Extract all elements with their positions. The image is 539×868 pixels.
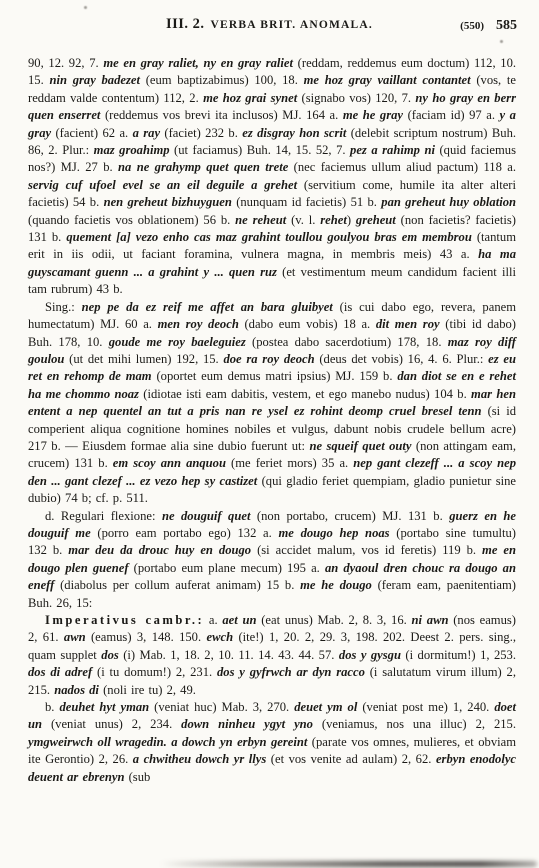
text-run: (faciam id) 97 a. xyxy=(403,108,500,122)
text-run: (postea dabo sacerdotium) 178, 18. xyxy=(246,335,448,349)
text-run: (reddemus vos brevi ita inclusos) MJ. 16… xyxy=(100,108,342,122)
scan-artifact-speck xyxy=(84,6,87,9)
cited-phrase: em scoy ann anquou xyxy=(113,456,226,470)
cited-phrase: deuet ym ol xyxy=(294,700,357,714)
text-run: (si accidet malum, vos id feretis) 119 b… xyxy=(251,543,482,557)
text-run: (veniamus, nos una illuc) 2, 215. xyxy=(313,717,516,731)
text-run: (v. l. xyxy=(286,213,320,227)
cited-phrase: rehet xyxy=(320,213,347,227)
text-run: (eat unus) Mab. 2, 8. 3, 16. xyxy=(257,613,412,627)
cited-phrase: na ne grahymp quet quen trete xyxy=(118,160,288,174)
cited-phrase: a ray xyxy=(133,126,160,140)
cited-phrase: dit men roy xyxy=(376,317,440,331)
cited-phrase: me dougo hep noas xyxy=(279,526,390,540)
text-run: a. xyxy=(204,613,222,627)
cited-phrase: greheut xyxy=(356,213,396,227)
text-run: (eum baptizabimus) 100, 18. xyxy=(140,73,304,87)
text-run: (portabo eum plane mecum) 195 a. xyxy=(129,561,325,575)
paragraph: Sing.: nep pe da ez reif me affet an bar… xyxy=(28,299,516,508)
cited-phrase: me hoz gray vaillant contantet xyxy=(304,73,471,87)
cited-phrase: nep pe da ez reif me affet an bara gluib… xyxy=(82,300,333,314)
text-run: (faciet) 232 b. xyxy=(160,126,242,140)
cited-phrase: ewch xyxy=(207,630,234,644)
cited-phrase: pez a rahimp ni xyxy=(350,143,435,157)
text-run: (porro eam portabo ego) 132 a. xyxy=(91,526,279,540)
scanned-book-page: III. 2.VERBA BRIT. ANOMALA. (550)585 90,… xyxy=(0,0,539,868)
cited-phrase: dos y gysgu xyxy=(339,648,401,662)
text-run: (et vos venite ad aulam) 2, 62. xyxy=(266,752,436,766)
cited-phrase: aet un xyxy=(222,613,256,627)
page-number: 585 xyxy=(496,18,517,33)
text-run: (ut det mihi lumen) 192, 15. xyxy=(64,352,223,366)
column-number: (550) xyxy=(460,20,484,32)
cited-phrase: ymgweirwch oll wragedin. a dowch yn erby… xyxy=(28,735,307,749)
text-run: 90, 12. 92, 7. xyxy=(28,56,103,70)
text-run: (diabolus per collum auferat animam) 15 … xyxy=(54,578,300,592)
cited-phrase: pan greheut huy oblation xyxy=(381,195,516,209)
cited-phrase: ez disgray hon scrit xyxy=(242,126,346,140)
cited-phrase: doe ra roy deoch xyxy=(223,352,314,366)
text-run: (me feriet mors) 35 a. xyxy=(226,456,353,470)
text-run: b. xyxy=(45,700,59,714)
text-run: (idiotae isti eam dabitis, vestem, et eg… xyxy=(139,387,471,401)
cited-phrase: servig cuf ufoel evel se an eil deguile … xyxy=(28,178,297,192)
paragraph: d. Regulari flexione: ne douguif quet (n… xyxy=(28,508,516,612)
cited-phrase: mar deu da drouc huy en dougo xyxy=(68,543,251,557)
text-run: (ut faciamus) Buh. 14, 15. 52, 7. xyxy=(170,143,351,157)
cited-phrase: nados di xyxy=(54,683,99,697)
text-run: (i) Mab. 1, 18. 2, 10. 11. 14. 43. 44. 5… xyxy=(119,648,339,662)
paragraph: 90, 12. 92, 7. me en gray raliet, ny en … xyxy=(28,55,516,299)
cited-phrase: quement [a] vezo enho cas maz grahint to… xyxy=(66,230,472,244)
text-run: (signabo vos) 120, 7. xyxy=(297,91,415,105)
cited-phrase: a chwitheu dowch yr llys xyxy=(133,752,267,766)
section-title: VERBA BRIT. ANOMALA. xyxy=(211,19,373,31)
page-header: III. 2.VERBA BRIT. ANOMALA. (550)585 xyxy=(0,0,539,41)
text-run: (nunquam id facietis) 51 b. xyxy=(232,195,381,209)
text-run: (veniat post me) 1, 240. xyxy=(357,700,494,714)
cited-phrase: dos y gyfrwch ar dyn racco xyxy=(217,665,365,679)
cited-phrase: ne squeif quet outy xyxy=(309,439,411,453)
cited-phrase: me hoz grai synet xyxy=(203,91,297,105)
text-run: (i dormitum!) 1, 253. xyxy=(401,648,516,662)
cited-phrase: ni awn xyxy=(412,613,449,627)
text-run: (dabo eum vobis) 18 a. xyxy=(239,317,376,331)
text-run: (sub xyxy=(124,770,150,784)
cited-phrase: me he dougo xyxy=(300,578,372,592)
text-run: Sing.: xyxy=(45,300,82,314)
cited-phrase: goude me roy baeleguiez xyxy=(109,335,246,349)
text-block: 90, 12. 92, 7. me en gray raliet, ny en … xyxy=(0,41,539,786)
page-reference: (550)585 xyxy=(460,16,517,34)
text-run: (veniat unus) 2, 234. xyxy=(42,717,181,731)
paragraph: b. deuhet hyt yman (veniat huc) Mab. 3, … xyxy=(28,699,516,786)
chapter-number: III. 2. xyxy=(166,16,205,32)
text-run: (veniat huc) Mab. 3, 270. xyxy=(149,700,294,714)
cited-phrase: maz groahimp xyxy=(94,143,170,157)
cited-phrase: awn xyxy=(64,630,86,644)
text-run: (oportet eum demus matri ipsius) MJ. 159… xyxy=(152,369,398,383)
cited-phrase: men roy deoch xyxy=(158,317,239,331)
text-run: (nec faciemus ullum aliud pactum) 118 a. xyxy=(288,160,516,174)
cited-phrase: me he gray xyxy=(343,108,403,122)
spaced-heading: Imperativus cambr.: xyxy=(45,613,204,627)
running-title: III. 2.VERBA BRIT. ANOMALA. xyxy=(0,15,539,33)
scan-artifact-smudge xyxy=(160,861,537,867)
text-run: (deus det vobis) 16, 4. 6. Plur.: xyxy=(315,352,489,366)
paragraph: Imperativus cambr.: a. aet un (eat unus)… xyxy=(28,612,516,699)
text-run: (eamus) 3, 148. 150. xyxy=(86,630,207,644)
cited-phrase: nin gray badezet xyxy=(49,73,140,87)
text-run: (non portabo, crucem) MJ. 131 b. xyxy=(250,509,449,523)
cited-phrase: me en gray raliet, ny en gray raliet xyxy=(103,56,293,70)
text-run: (noli ire tu) 2, 49. xyxy=(99,683,196,697)
text-run: (facient) 62 a. xyxy=(51,126,132,140)
cited-phrase: ne reheut xyxy=(235,213,286,227)
scan-artifact-speck xyxy=(500,40,503,43)
text-run: (quando facietis vos oblationem) 56 b. xyxy=(28,213,235,227)
text-run: d. Regulari flexione: xyxy=(45,509,162,523)
cited-phrase: down ninheu ygyt yno xyxy=(181,717,313,731)
cited-phrase: dos xyxy=(101,648,119,662)
cited-phrase: dos di adref xyxy=(28,665,92,679)
cited-phrase: nen greheut bizhuyguen xyxy=(104,195,232,209)
cited-phrase: deuhet hyt yman xyxy=(59,700,149,714)
text-run: (i tu domum!) 2, 231. xyxy=(92,665,217,679)
cited-phrase: ne douguif quet xyxy=(162,509,251,523)
text-run: ) xyxy=(347,213,356,227)
